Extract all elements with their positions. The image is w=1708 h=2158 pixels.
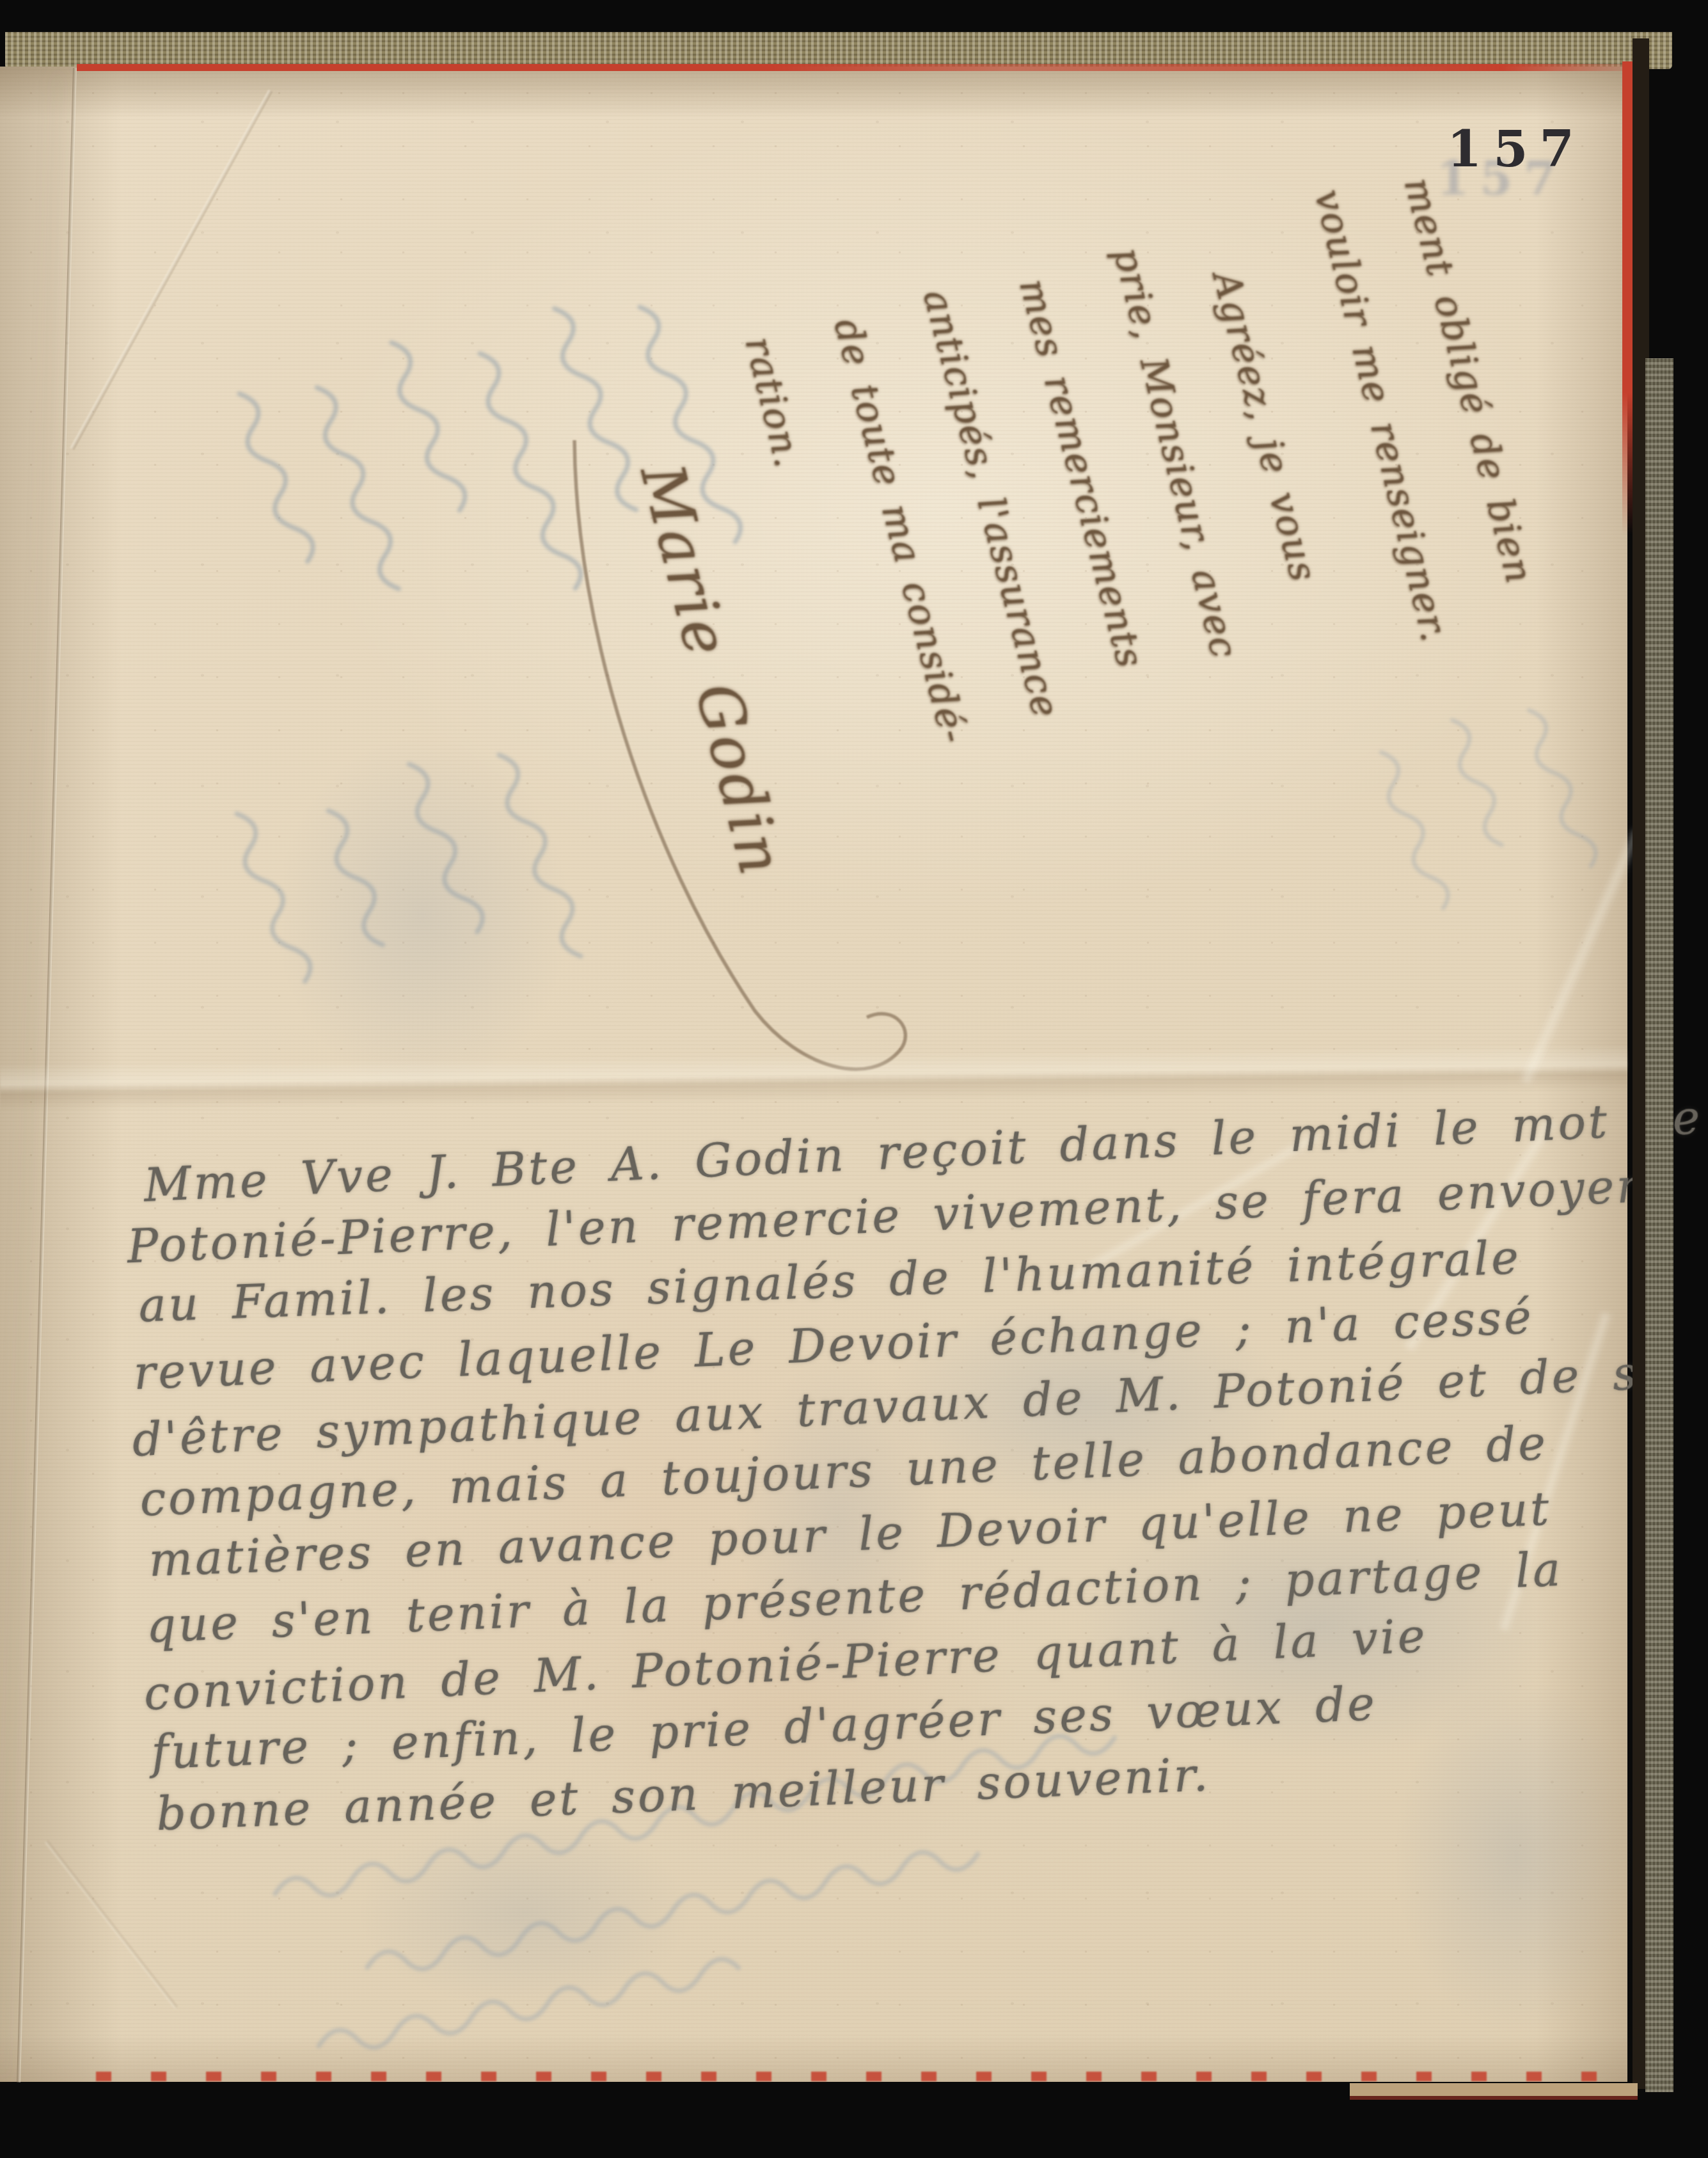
page-stack-bottom-edge <box>1350 2083 1638 2096</box>
page-number: 157 <box>1447 120 1586 179</box>
bleed-smudge <box>358 1817 691 2009</box>
bleed-smudge <box>275 736 569 1094</box>
binding-cloth-right-edge <box>1645 358 1673 2092</box>
scanned-copybook-page: 157 157 ment obligé de bienvouloir me re… <box>0 0 1708 2158</box>
red-page-edge-bottom <box>96 2072 1631 2081</box>
note-lines: Mme Vve J. Bte A. Godin reçoit dans le m… <box>131 1090 1693 1848</box>
pencil-note-block: Mme Vve J. Bte A. Godin reçoit dans le m… <box>131 1090 1693 1848</box>
